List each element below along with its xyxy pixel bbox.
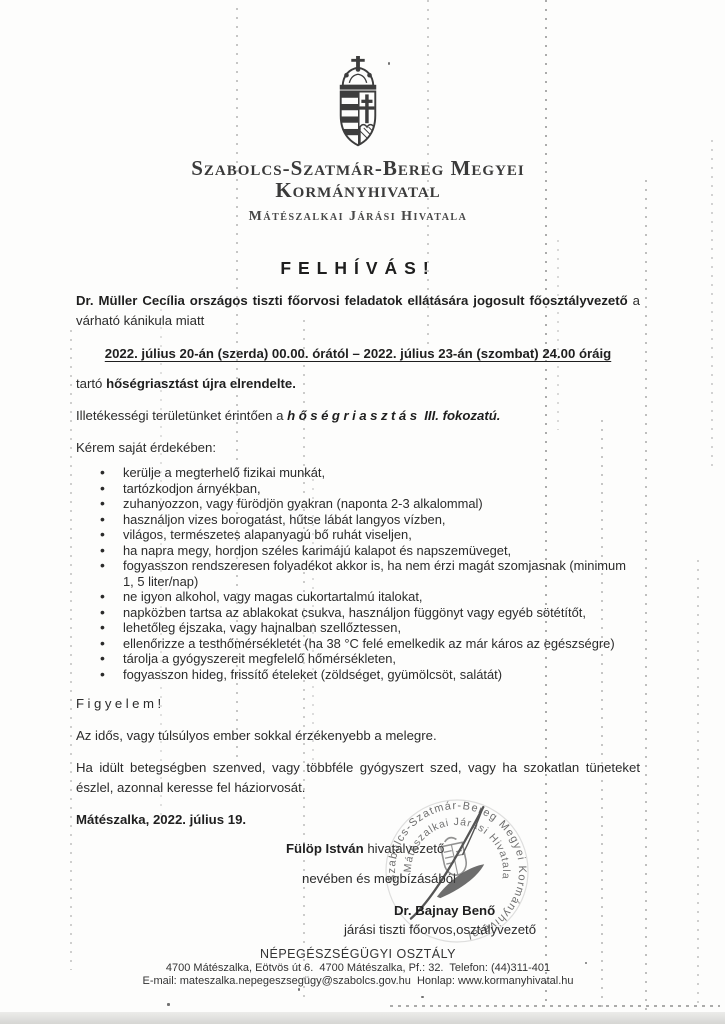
advice-item: ellenőrizze a testhőmérsékletét (ha 38 °… xyxy=(123,636,640,652)
footer-department: NÉPEGÉSZSÉGÜGYI OSZTÁLY xyxy=(76,947,640,962)
intro-paragraph: Dr. Müller Cecília országos tiszti főorv… xyxy=(76,291,640,331)
official-round-stamp: Szabolcs-Szatmár-Bereg Megyei Kormányhiv… xyxy=(356,770,558,972)
alert-period-line: 2022. július 20-án (szerda) 00.00. órátó… xyxy=(76,346,640,361)
document-title: FELHÍVÁS! xyxy=(76,258,640,279)
footer-contact: E-mail: mateszalka.nepegeszsegügy@szabol… xyxy=(76,975,640,988)
advice-item: tárolja a gyógyszereit megfelelő hőmérsé… xyxy=(123,651,640,667)
advice-item: fogyasszon rendszeresen folyadékot akkor… xyxy=(123,558,640,589)
advice-item: lehetőleg éjszaka, vagy hajnalban szellő… xyxy=(123,620,640,636)
alert-level-paragraph: Illetékességi területünket érintően a hő… xyxy=(76,406,640,426)
org-name-line1: Szabolcs-Szatmár-Bereg Megyei xyxy=(76,157,640,179)
order-prefix: tartó xyxy=(76,376,106,391)
scan-artifact xyxy=(711,140,713,470)
scanned-document-page: Szabolcs-Szatmár-Bereg Megyei Kormányhiv… xyxy=(0,0,725,1024)
advice-item: fogyasszon hideg, frissítő ételeket (zöl… xyxy=(123,667,640,683)
scan-artifact xyxy=(70,330,72,970)
signer-name: Dr. Bajnay Benő xyxy=(394,901,640,921)
intro-bold-text: Dr. Müller Cecília országos tiszti főorv… xyxy=(76,293,628,308)
level-prefix: Illetékességi területünket érintően a xyxy=(76,408,287,423)
org-subunit: Mátészalkai Járási Hivatala xyxy=(76,209,640,225)
heat-alert-grade: III. fokozatú. xyxy=(421,408,501,423)
scan-artifact xyxy=(390,1005,720,1007)
advice-item: világos, természetes alapanyagú bő ruhát… xyxy=(123,527,640,543)
scan-speckle xyxy=(298,988,300,991)
attention-heading: Figyelem! xyxy=(76,694,640,714)
scan-speckle xyxy=(421,996,424,998)
heat-alert-term: hőségriasztás xyxy=(287,408,420,423)
advice-item: napközben tartsa az ablakokat csukva, ha… xyxy=(123,605,640,621)
order-bold-text: hőségriasztást újra elrendelte. xyxy=(106,376,296,391)
order-paragraph: tartó hőségriasztást újra elrendelte. xyxy=(76,374,640,394)
scan-artifact xyxy=(697,560,699,1010)
signer-title: járási tiszti főorvos,osztályvezető xyxy=(344,921,640,939)
hungary-coat-of-arms-icon xyxy=(325,56,391,152)
scan-artifact xyxy=(645,180,647,1010)
footer: NÉPEGÉSZSÉGÜGYI OSZTÁLY 4700 Mátészalka,… xyxy=(76,947,640,987)
attention-paragraph-1: Az idős, vagy túlsúlyos ember sokkal érz… xyxy=(76,726,640,746)
advice-item: zuhanyozzon, vagy fürödjön gyakran (napo… xyxy=(123,496,640,512)
advice-item: ne igyon alkohol, vagy magas cukortartal… xyxy=(123,589,640,605)
attention-paragraph-2: Ha idült betegségben szenved, vagy többf… xyxy=(76,758,640,798)
advice-item: ha napra megy, hordjon széles karimájú k… xyxy=(123,543,640,559)
advice-item: használjon vizes borogatást, hűtse lábát… xyxy=(123,512,640,528)
advice-item: tartózkodjon árnyékban, xyxy=(123,481,640,497)
official-name: Fülöp István xyxy=(286,841,364,856)
advice-list: kerülje a megterhelő fizikai munkát, tar… xyxy=(76,465,640,682)
scan-speckle xyxy=(167,1003,170,1006)
advice-intro: Kérem saját érdekében: xyxy=(76,438,640,458)
org-name-line2: Kormányhivatal xyxy=(76,179,640,201)
advice-item: kerülje a megterhelő fizikai munkát, xyxy=(123,465,640,481)
footer-address: 4700 Mátészalka, Eötvös út 6. 4700 Mátés… xyxy=(76,962,640,975)
scan-edge-shadow xyxy=(0,1012,725,1024)
